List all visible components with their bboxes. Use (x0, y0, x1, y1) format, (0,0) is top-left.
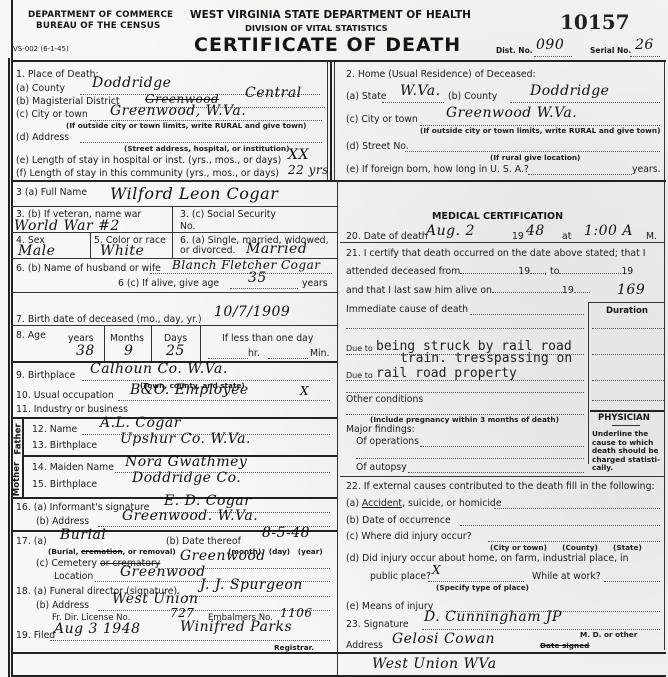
external-d-work-label: While at work? (532, 571, 601, 582)
home-street-note: (If rural give location) (490, 153, 580, 162)
pod-county-label: (a) County (16, 83, 65, 94)
father-birthplace: Upshur Co. W.Va. (120, 432, 251, 446)
medical-certification-heading: MEDICAL CERTIFICATION (432, 211, 563, 222)
operations-label: Of operations (356, 436, 419, 447)
margin-number: 169 (617, 283, 645, 297)
mother-side-label: Mother (12, 462, 22, 496)
dept-line-1: DEPARTMENT OF COMMERCE (28, 10, 173, 20)
death-certificate: DEPARTMENT OF COMMERCE BUREAU OF THE CEN… (0, 0, 668, 677)
pod-district: Central (245, 86, 302, 100)
pod-city-note: (If outside city or town limits, write R… (66, 121, 306, 130)
immediate-cause-label: Immediate cause of death (346, 304, 468, 315)
signature-title-note: M. D. or other (580, 630, 637, 639)
disposition-type-note: (Burial, cremation, or removal) (48, 547, 176, 556)
center-column-divider (337, 180, 338, 677)
external-d-note: (Specify type of place) (436, 583, 529, 592)
father-birthplace-label: 13. Birthplace (32, 440, 97, 451)
age-hr-label: hr. (248, 348, 260, 359)
spouse-age: 35 (248, 271, 267, 285)
external-causes-heading: 22. If external causes contributed to th… (346, 481, 655, 492)
death-year-prefix: 19 (512, 231, 524, 242)
physician-note: Underline the cause to which death shoul… (592, 430, 662, 473)
form-code: VS-002 (6-1-45) (13, 44, 69, 55)
home-city-note: (If outside city or town limits, write R… (420, 126, 660, 135)
birthplace-label: 9. Birthplace (16, 370, 75, 381)
age-less-than-day-label: If less than one day (222, 333, 313, 344)
home-city: Greenwood W.Va. (446, 106, 577, 120)
place-of-death-heading: 1. Place of Death: (16, 69, 99, 80)
age-months: 9 (124, 344, 133, 358)
birth-date: 10/7/1909 (214, 305, 290, 319)
signature-label: 23. Signature (346, 619, 409, 630)
death-at: at (562, 231, 571, 242)
veteran: World War #2 (14, 219, 120, 233)
pod-address-note: (Street address, hospital, or institutio… (124, 144, 289, 153)
certify-line-3: and that I last saw him alive on19 (346, 285, 590, 296)
home-state: W.Va. (400, 84, 441, 98)
disposition-label: 17. (a) (16, 536, 47, 547)
signature-address-line-2: West Union WVa (372, 657, 497, 671)
pod-county: Doddridge (92, 76, 171, 90)
occupation: B&O. Employee (130, 383, 249, 397)
due-to-label-1: Due to (346, 343, 373, 354)
marital-label-2: or divorced. (180, 245, 235, 256)
external-c-note: (City or town) (County) (State) (490, 543, 642, 552)
race: White (100, 244, 144, 258)
cemetery: Greenwood (180, 549, 266, 563)
pod-stay-community: 22 yrs. (288, 163, 333, 177)
external-e-label: (e) Means of injury (346, 601, 433, 612)
mother-birthplace-label: 15. Birthplace (32, 479, 97, 490)
age-min-label: Min. (310, 348, 329, 359)
certificate-number: 10157 (560, 10, 630, 34)
father-name: A.L. Cogar (100, 416, 181, 430)
ssn-no-label: No. (180, 221, 195, 232)
pod-address-label: (d) Address (16, 132, 69, 143)
registrar-signature: Winifred Parks (180, 620, 292, 634)
external-d-label-2: public place? (370, 571, 431, 582)
external-c-label: (c) Where did injury occur? (346, 531, 472, 542)
dist-no-label: Dist. No. (496, 46, 533, 55)
signature-address-label: Address (346, 640, 383, 651)
age-label: 8. Age (16, 330, 46, 341)
serial-no-label: Serial No. (590, 46, 631, 55)
license-no: 727 (170, 606, 194, 620)
date-signed-label: Date signed (540, 641, 589, 650)
sex: Male (18, 244, 55, 258)
age-years: 38 (76, 344, 95, 358)
serial-no: 26 (635, 38, 654, 52)
signature-address: Gelosi Cowan (392, 632, 495, 646)
pod-stay-hospital-label: (e) Length of stay in hospital or inst. … (16, 155, 281, 166)
certificate-title: CERTIFICATE OF DEATH (194, 34, 461, 56)
home-heading: 2. Home (Usual Residence) of Deceased: (346, 69, 536, 80)
spouse-age-label: 6 (c) If alive, give age (118, 278, 219, 289)
external-d-value: X (432, 563, 441, 577)
full-name-label: 3 (a) Full Name (16, 187, 87, 198)
registrar-label: Registrar. (274, 643, 314, 652)
spouse-age-unit: years (302, 278, 328, 289)
death-time-suffix: M. (646, 231, 657, 242)
major-findings-label: Major findings: (346, 424, 415, 435)
home-city-label: (c) City or town (346, 114, 418, 125)
signature-value: D. Cunningham JP (424, 610, 562, 624)
external-a-label: (a) Accident, suicide, or homicide (346, 498, 502, 509)
mother-maiden-label: 14. Maiden Name (32, 462, 114, 473)
mother-maiden: Nora Gwathmey (125, 455, 247, 469)
informant-address: Greenwood. W.Va. (122, 509, 258, 523)
disposition-date: 8-5-48 (262, 526, 310, 540)
spouse-label: 6. (b) Name of husband or wife (16, 263, 161, 274)
pod-stay-hospital: XX (288, 148, 309, 162)
duration-label: Duration (606, 306, 648, 316)
pod-stay-community-label: (f) Length of stay in this community (yr… (16, 168, 279, 179)
occupation-mark: X (300, 384, 309, 398)
spouse: Blanch Fletcher Cogar (172, 258, 320, 272)
pod-district-label: (b) Magisterial District (16, 96, 120, 107)
certify-line-1: 21. I certify that death occurred on the… (346, 248, 645, 259)
dept-line-2: BUREAU OF THE CENSUS (36, 21, 160, 31)
external-d-label-1: (d) Did injury occur about home, on farm… (346, 553, 629, 564)
funeral-address-label: (b) Address (36, 600, 89, 611)
home-state-label: (a) State (346, 91, 387, 102)
marital: Married (246, 242, 307, 256)
cause-3: rail road property (376, 367, 517, 380)
disposition-type: Burial (60, 528, 106, 542)
funeral-address: West Union (112, 592, 199, 606)
pod-city: Greenwood, W.Va. (110, 104, 246, 118)
embalmer-no: 1106 (280, 606, 313, 620)
certify-line-2: attended deceased from19, to19 (346, 266, 633, 277)
division: DIVISION OF VITAL STATISTICS (245, 23, 388, 33)
father-name-label: 12. Name (32, 424, 77, 435)
birthplace: Calhoun Co. W.Va. (90, 362, 228, 376)
age-days: 25 (166, 344, 185, 358)
left-border (8, 58, 10, 677)
home-street-label: (d) Street No. (346, 141, 409, 152)
state-department: WEST VIRGINIA STATE DEPARTMENT OF HEALTH (190, 9, 471, 21)
location-label: Location (54, 571, 93, 582)
home-county-label: (b) County (448, 91, 497, 102)
pregnancy-note: (Include pregnancy within 3 months of de… (370, 415, 559, 424)
pod-city-label: (c) City or town (16, 109, 88, 120)
home-county: Doddridge (530, 84, 609, 98)
death-date: Aug. 2 (426, 224, 475, 238)
filed-date: Aug 3 1948 (54, 622, 141, 636)
informant-signature: E. D. Cogar (164, 494, 251, 508)
right-border (664, 60, 665, 650)
father-side-label: Father (14, 423, 24, 454)
autopsy-label: Of autopsy (356, 462, 407, 473)
header-divider (11, 60, 666, 62)
external-b-label: (b) Date of occurrence (346, 515, 451, 526)
birth-date-label: 7. Birth date of deceased (mo., day, yr.… (16, 314, 202, 325)
location: Greenwood (120, 565, 206, 579)
home-foreign-label: (e) If foreign born, how long in U. S. A… (346, 164, 529, 175)
ssn-label: 3. (c) Social Security (180, 209, 276, 220)
left-border-inner (11, 0, 13, 677)
full-name: Wilford Leon Cogar (110, 187, 278, 201)
informant-address-label: (b) Address (36, 516, 89, 527)
home-foreign-unit: years. (632, 164, 661, 175)
funeral-director: J. J. Spurgeon (200, 578, 303, 592)
mother-birthplace: Doddridge Co. (132, 471, 241, 485)
occupation-label: 10. Usual occupation (16, 390, 114, 401)
other-conditions-label: Other conditions (346, 394, 423, 405)
death-date-label: 20. Date of death (346, 231, 428, 242)
industry-label: 11. Industry or business (16, 404, 128, 415)
disposition-date-label: (b) Date thereof (166, 536, 241, 547)
cause-2: train. tresspassing on (400, 352, 572, 365)
death-time: 1:00 A (584, 224, 633, 238)
dist-no: 090 (536, 38, 564, 52)
physician-heading: PHYSICIAN (598, 413, 650, 423)
death-year: 48 (526, 224, 545, 238)
